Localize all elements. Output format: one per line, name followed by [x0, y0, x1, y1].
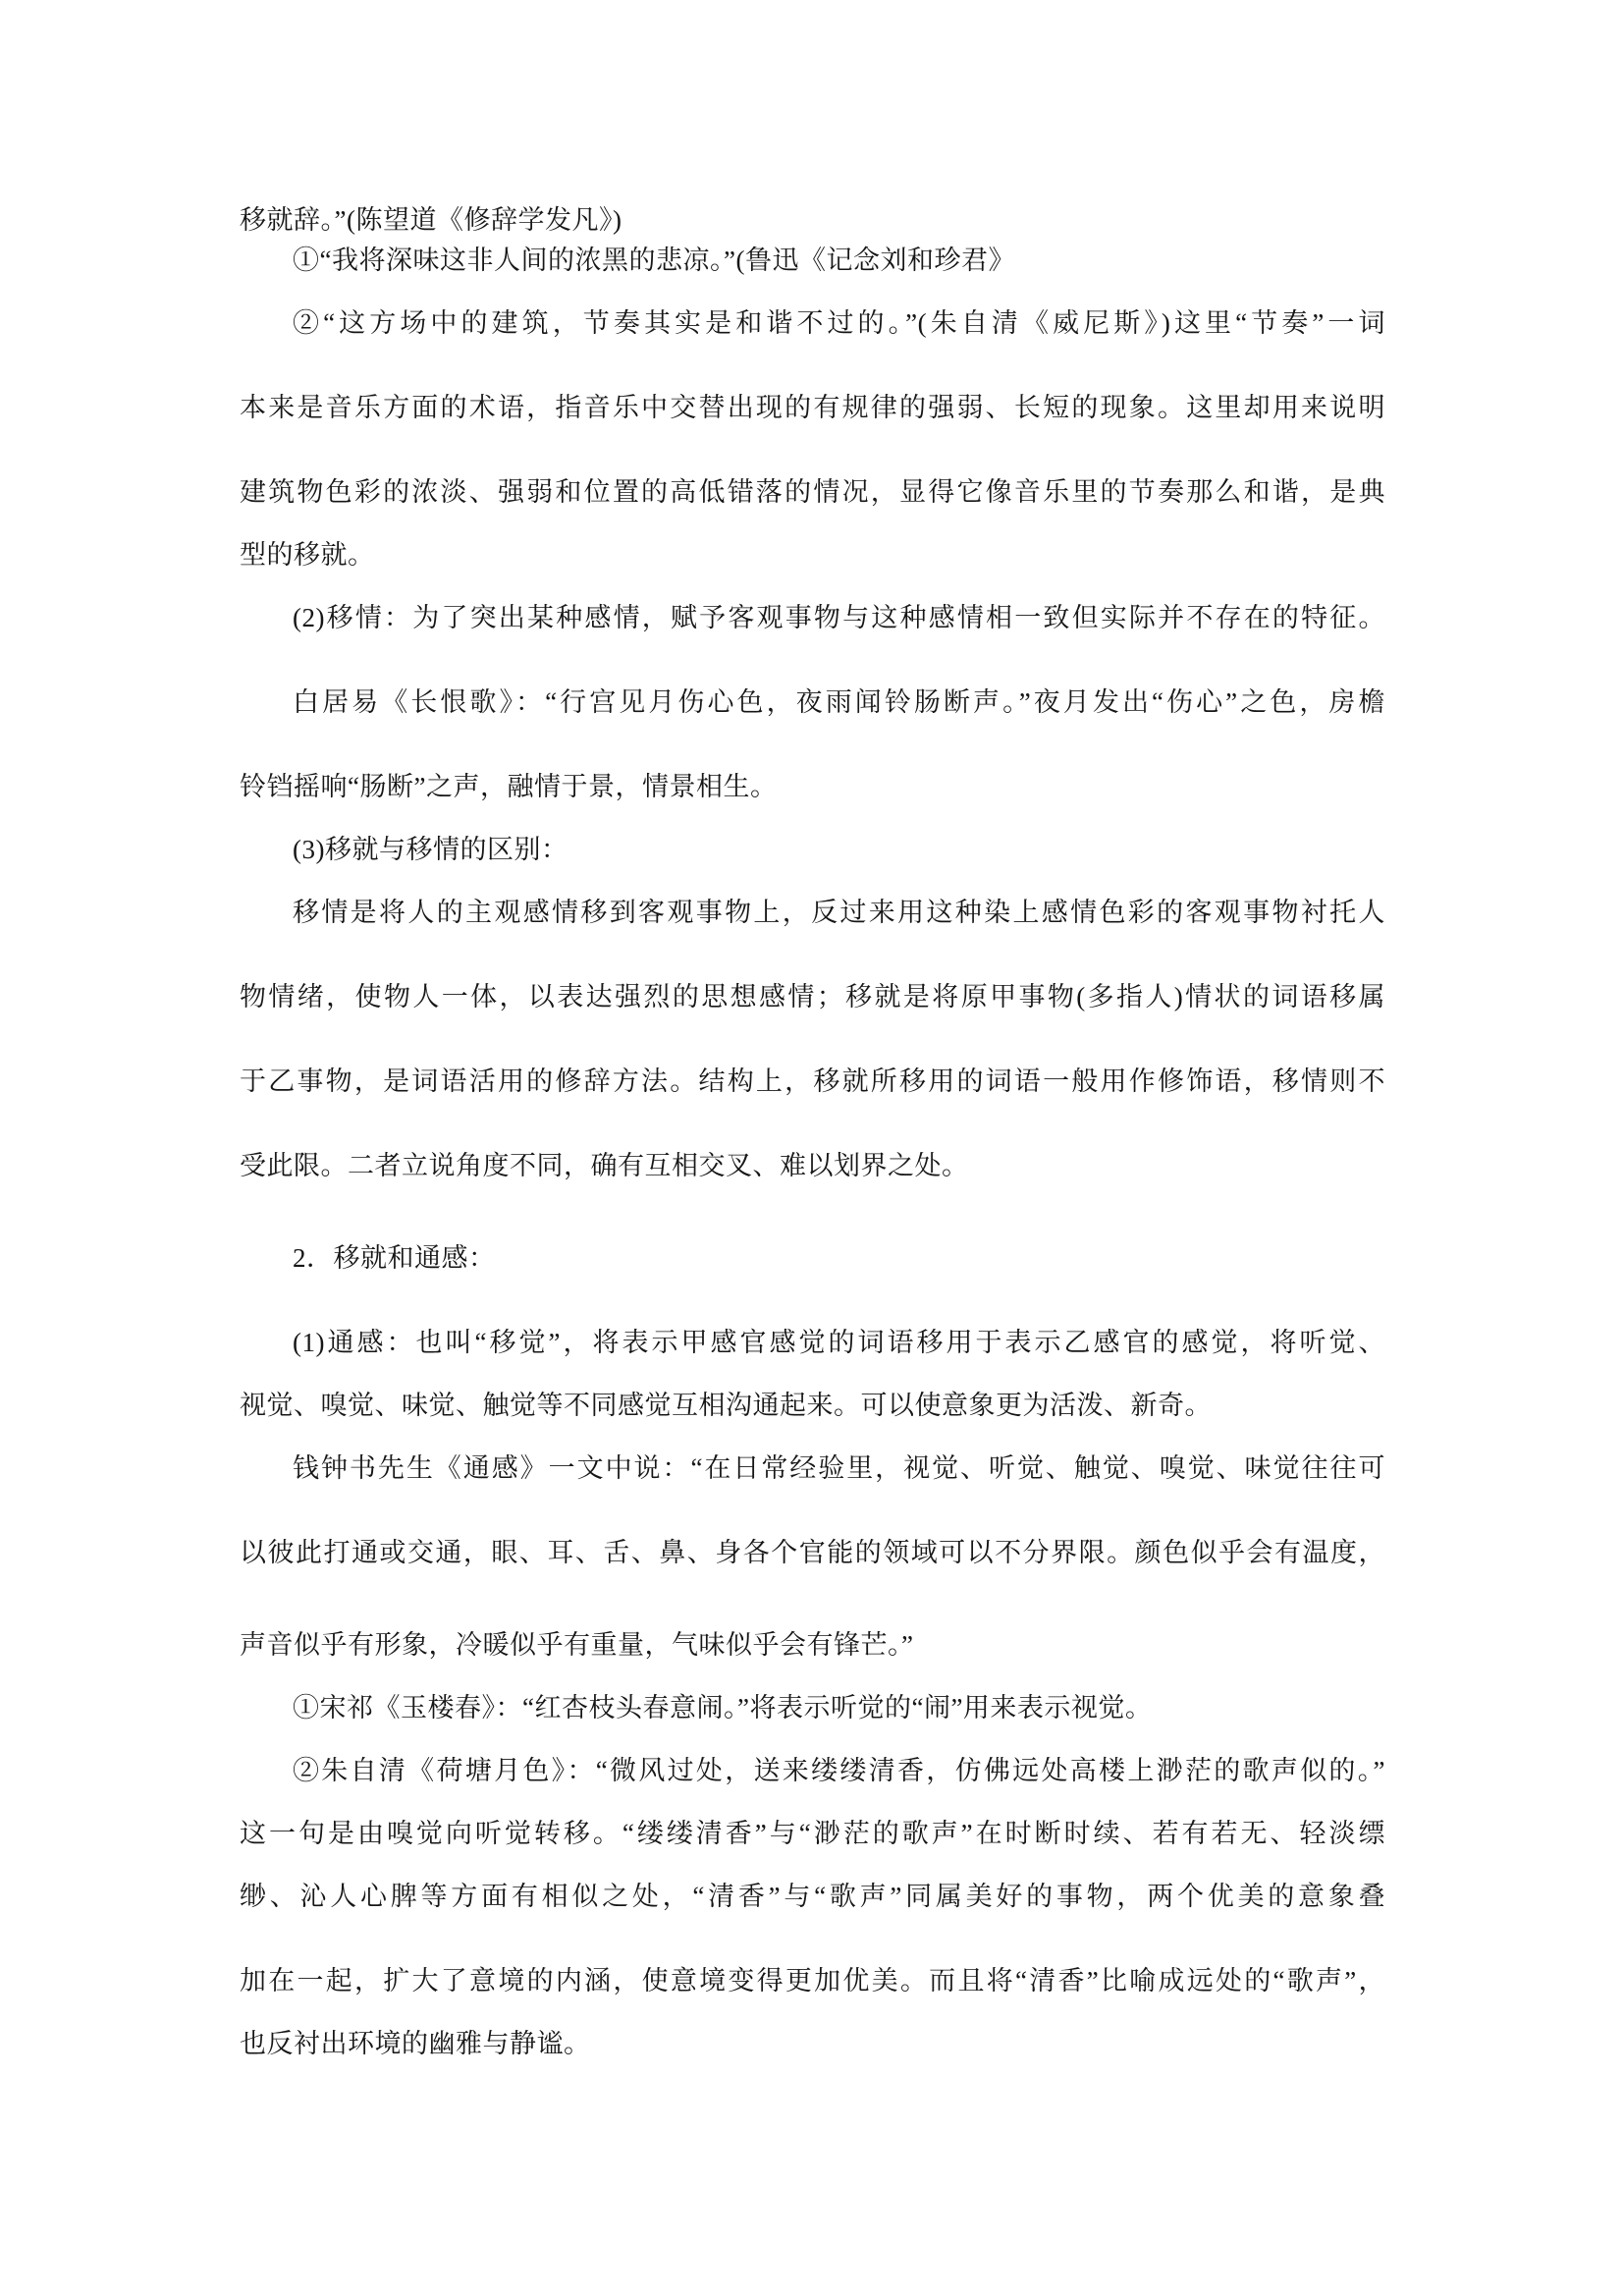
text-line-23: 这一句是由嗅觉向听觉转移。“缕缕清香”与“渺茫的歌声”在时断时续、若有若无、轻淡… — [240, 1817, 1385, 1850]
text-line-10: (3)移就与移情的区别： — [240, 833, 1385, 866]
text-line-8: 白居易《长恨歌》：“行宫见月伤心色，夜雨闻铃肠断声。”夜月发出“伤心”之色，房檐 — [240, 685, 1385, 719]
text-line-19: 以彼此打通或交通，眼、耳、舌、鼻、身各个官能的领域可以不分界限。颜色似乎会有温度… — [240, 1536, 1385, 1569]
text-line-20: 声音似乎有形象，冷暖似乎有重量，气味似乎会有锋芒。” — [240, 1628, 1385, 1662]
document-page: 移就辞。”(陈望道《修辞学发凡》)①“我将深味这非人间的浓黑的悲凉。”(鲁迅《记… — [0, 0, 1623, 2296]
text-line-5: 建筑物色彩的浓淡、强弱和位置的高低错落的情况，显得它像音乐里的节奏那么和谐，是典 — [240, 475, 1385, 509]
text-line-16: (1)通感：也叫“移觉”，将表示甲感官感觉的词语移用于表示乙感官的感觉，将听觉、 — [240, 1326, 1385, 1359]
text-line-24: 缈、沁人心脾等方面有相似之处，“清香”与“歌声”同属美好的事物，两个优美的意象叠 — [240, 1880, 1385, 1913]
text-line-13: 于乙事物，是词语活用的修辞方法。结构上，移就所移用的词语一般用作修饰语，移情则不 — [240, 1065, 1385, 1098]
text-line-1: 移就辞。”(陈望道《修辞学发凡》) — [240, 203, 1385, 237]
text-line-17: 视觉、嗅觉、味觉、触觉等不同感觉互相沟通起来。可以使意象更为活泼、新奇。 — [240, 1389, 1385, 1422]
text-line-14: 受此限。二者立说角度不同，确有互相交叉、难以划界之处。 — [240, 1149, 1385, 1182]
document-body: 移就辞。”(陈望道《修辞学发凡》)①“我将深味这非人间的浓黑的悲凉。”(鲁迅《记… — [0, 0, 1623, 2060]
text-line-7: (2)移情：为了突出某种感情，赋予客观事物与这种感情相一致但实际并不存在的特征。 — [240, 601, 1385, 634]
text-line-22: ②朱自清《荷塘月色》：“微风过处，送来缕缕清香，仿佛远处高楼上渺茫的歌声似的。” — [240, 1754, 1385, 1787]
text-line-12: 物情绪，使物人一体，以表达强烈的思想感情；移就是将原甲事物(多指人)情状的词语移… — [240, 980, 1385, 1013]
text-line-25: 加在一起，扩大了意境的内涵，使意境变得更加优美。而且将“清香”比喻成远处的“歌声… — [240, 1964, 1385, 1997]
text-line-18: 钱钟书先生《通感》一文中说：“在日常经验里，视觉、听觉、触觉、嗅觉、味觉往往可 — [240, 1451, 1385, 1485]
text-line-9: 铃铛摇响“肠断”之声，融情于景，情景相生。 — [240, 770, 1385, 803]
text-line-3: ②“这方场中的建筑，节奏其实是和谐不过的。”(朱自清《威尼斯》)这里“节奏”一词 — [240, 306, 1385, 340]
text-line-26: 也反衬出环境的幽雅与静谧。 — [240, 2027, 1385, 2060]
text-line-2: ①“我将深味这非人间的浓黑的悲凉。”(鲁迅《记念刘和珍君》 — [240, 244, 1385, 277]
text-line-11: 移情是将人的主观感情移到客观事物上，反过来用这种染上感情色彩的客观事物衬托人 — [240, 896, 1385, 929]
text-line-15: 2．移就和通感： — [240, 1241, 1385, 1275]
text-line-21: ①宋祁《玉楼春》：“红杏枝头春意闹。”将表示听觉的“闹”用来表示视觉。 — [240, 1691, 1385, 1724]
text-line-4: 本来是音乐方面的术语，指音乐中交替出现的有规律的强弱、长短的现象。这里却用来说明 — [240, 391, 1385, 424]
text-line-6: 型的移就。 — [240, 538, 1385, 572]
